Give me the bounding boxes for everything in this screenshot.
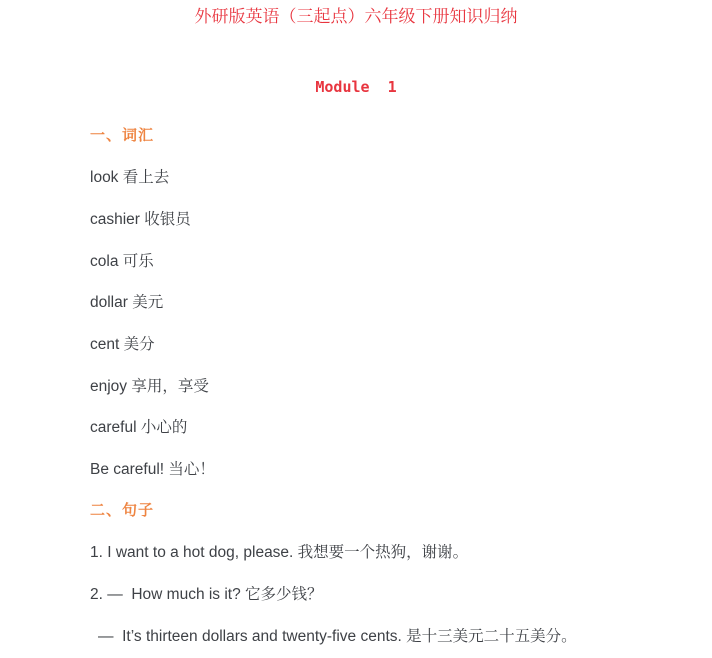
vocab-line: Be careful! 当心！ <box>90 447 622 489</box>
sentence-line: 2. — How much is it? 它多少钱？ <box>90 572 622 614</box>
vocab-line: careful 小心的 <box>90 406 622 448</box>
vocab-line: cashier 收银员 <box>90 197 622 239</box>
vocab-line: enjoy 享用，享受 <box>90 364 622 406</box>
sentence-line: 1. I want to a hot dog, please. 我想要一个热狗，… <box>90 531 622 573</box>
vocab-line: cent 美分 <box>90 322 622 364</box>
document-page: 外研版英语（三起点）六年级下册知识归纳 Module 1 一、词汇 look 看… <box>0 0 712 658</box>
sentence-line: — It’s thirteen dollars and twenty-five … <box>90 614 622 656</box>
document-body: 一、词汇 look 看上去 cashier 收银员 cola 可乐 dollar… <box>90 114 622 656</box>
section-heading-sentences: 二、句子 <box>90 489 622 531</box>
page-title: 外研版英语（三起点）六年级下册知识归纳 <box>90 6 622 28</box>
section-heading-vocab: 一、词汇 <box>90 114 622 156</box>
module-heading: Module 1 <box>90 78 622 96</box>
vocab-line: look 看上去 <box>90 156 622 198</box>
vocab-line: dollar 美元 <box>90 281 622 323</box>
vocab-line: cola 可乐 <box>90 239 622 281</box>
